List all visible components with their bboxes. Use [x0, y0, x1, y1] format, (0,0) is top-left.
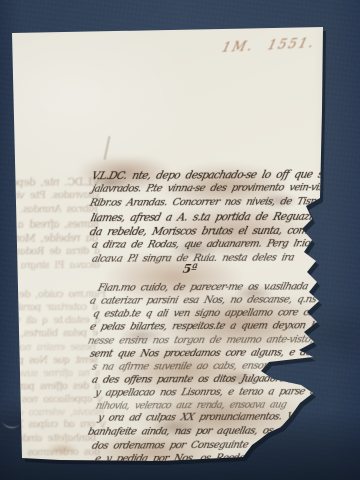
handwriting-line: jalavrados. P.te vinna-se des provimento…: [91, 182, 360, 195]
handwriting-line: a caterizar parsini esa Nos, no descanse…: [89, 294, 334, 307]
handwriting-line: y appellacao nos Lisonros, e terao a par…: [94, 386, 327, 399]
handwriting-line: nihovia, veleraco auz renda, ensoava aug: [95, 400, 288, 412]
handwriting-line: V.L.DC. nte, depo despachado-se lo off q…: [91, 168, 360, 182]
handwriting-line: a dirza de Rodas, que aduanarem. Perg lr…: [91, 238, 323, 251]
section-mark: 5ª: [182, 262, 199, 276]
manuscript-photo: 1M. 1551. V.L.DC. nte, depo despachado-s…: [0, 0, 360, 480]
